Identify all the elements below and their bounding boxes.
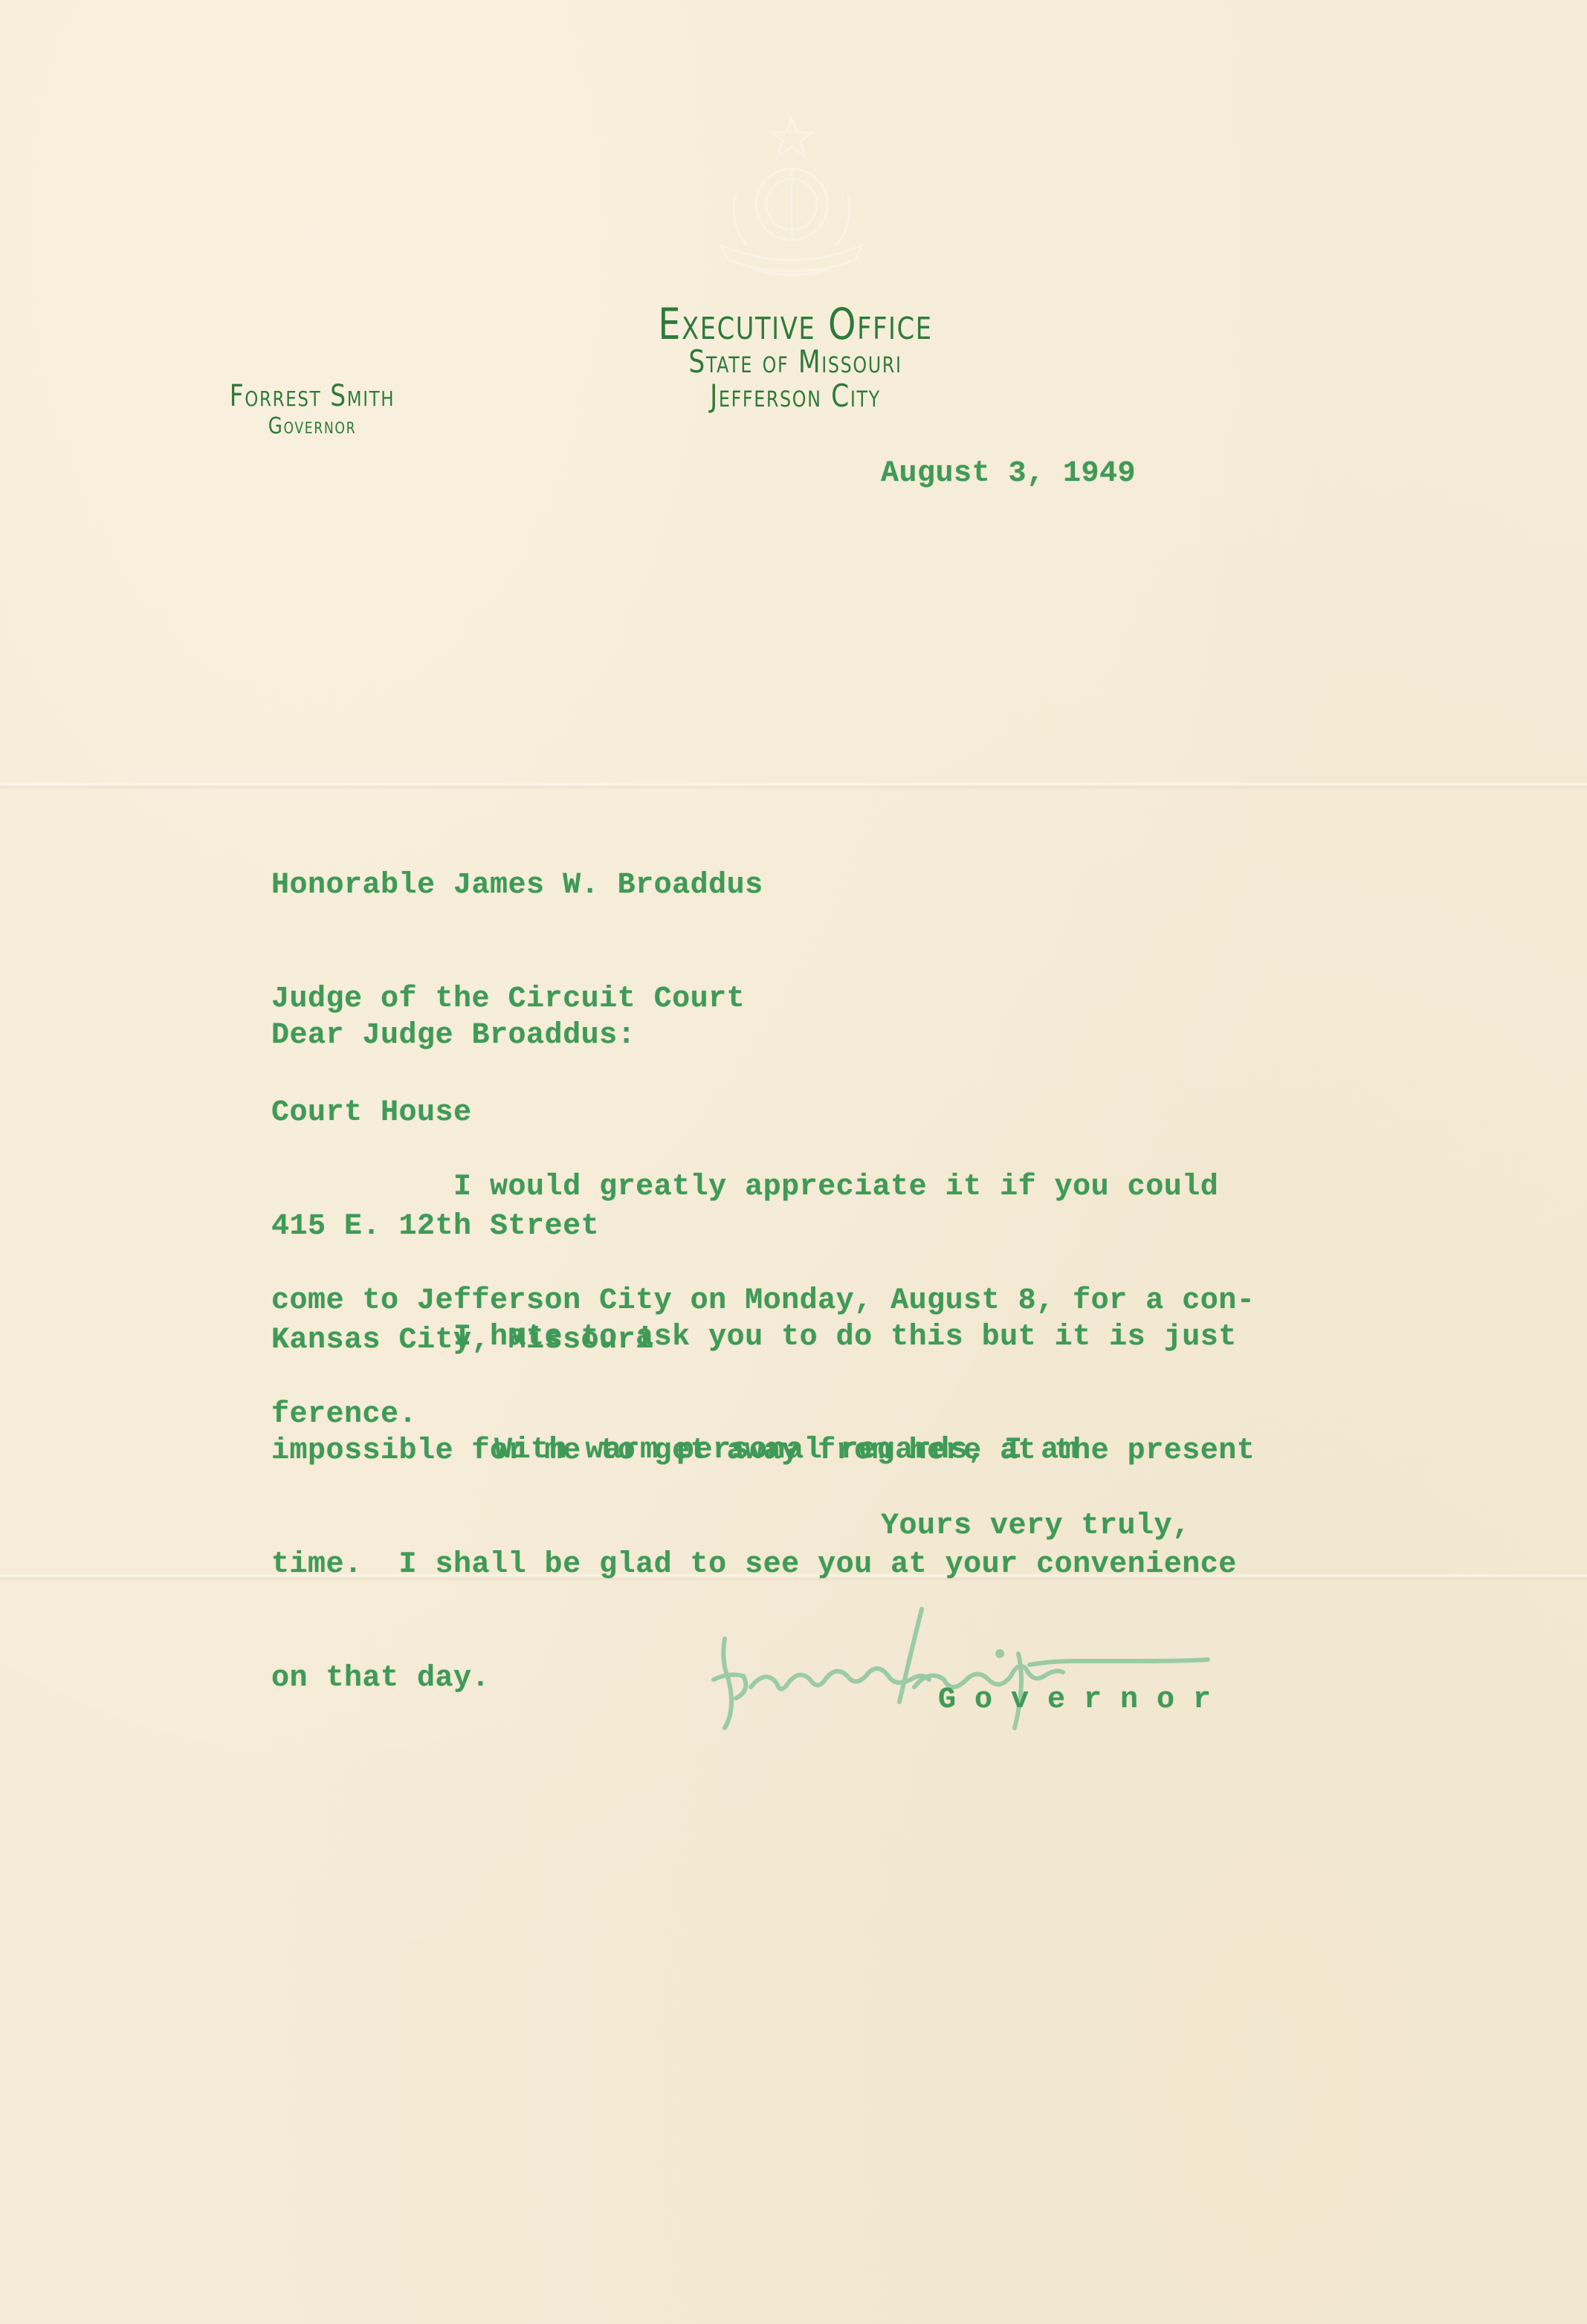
letterhead-title: Executive Office	[613, 299, 978, 349]
letterhead-state: State of Missouri	[613, 343, 978, 380]
recipient-line: Judge of the Circuit Court	[271, 980, 763, 1018]
handwritten-signature-icon	[691, 1583, 1472, 1754]
letterhead-city: Jefferson City	[613, 378, 978, 414]
letterhead-sender-title: Governor	[196, 413, 428, 439]
letter-date: August 3, 1949	[881, 455, 1136, 493]
state-seal-emboss-icon	[706, 111, 877, 290]
complimentary-close: Yours very truly,	[881, 1507, 1191, 1545]
fold-line-upper	[0, 782, 1587, 789]
body-line: I would greatly appreciate it if you cou…	[271, 1168, 1255, 1206]
signature-title: G o v e r n o r	[938, 1681, 1212, 1719]
recipient-line: Honorable James W. Broaddus	[271, 867, 763, 904]
body-line: I hate to ask you to do this but it is j…	[271, 1318, 1255, 1356]
body-line: time. I shall be glad to see you at your…	[271, 1546, 1255, 1584]
closing-line: With warm personal regards, I am	[494, 1431, 1077, 1469]
letterhead-sender-name: Forrest Smith	[196, 379, 428, 413]
salutation: Dear Judge Broaddus:	[271, 1017, 636, 1055]
